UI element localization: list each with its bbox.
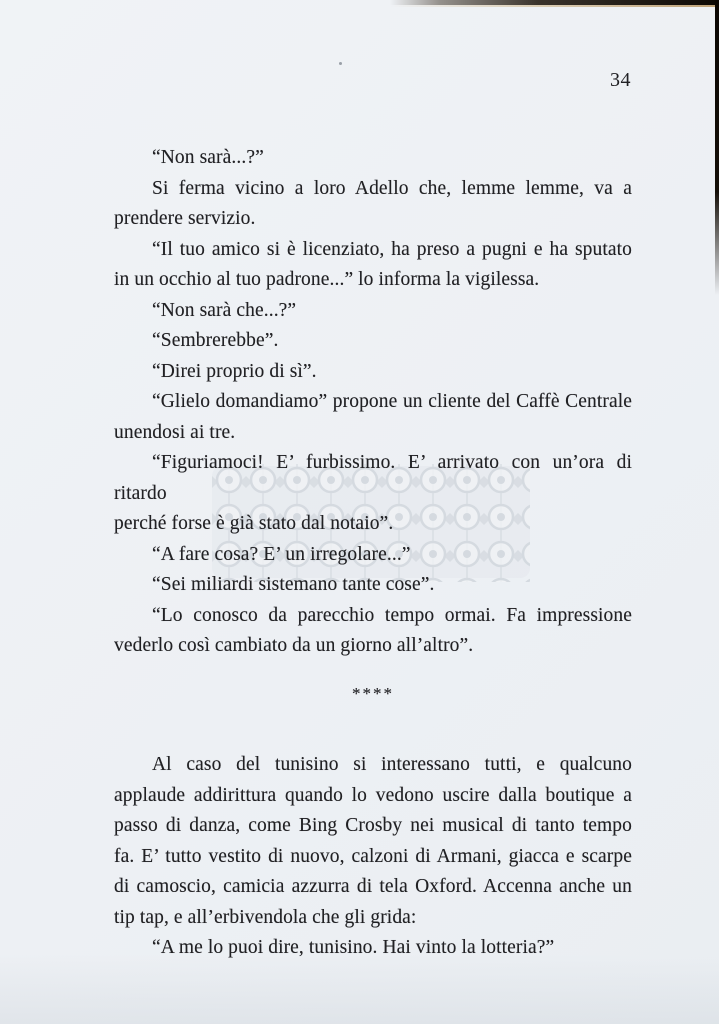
section-separator: **** <box>114 679 632 710</box>
text-line: “Sei miliardi sistemano tante cose”. <box>114 570 632 601</box>
text-line: “Il tuo amico si è licenziato, ha preso … <box>114 235 632 266</box>
text-line: tip tap, e all’erbivendola che gli grida… <box>114 903 632 934</box>
text-line: “Figuriamoci! E’ furbissimo. E’ arrivato… <box>114 448 632 509</box>
text-line: “Non sarà che...?” <box>114 296 632 327</box>
text-line: Si ferma vicino a loro Adello che, lemme… <box>114 174 632 205</box>
paragraph: “Non sarà...?” <box>114 143 632 174</box>
paragraph: “Lo conosco da parecchio tempo ormai. Fa… <box>114 601 632 662</box>
paragraph: Si ferma vicino a loro Adello che, lemme… <box>114 174 632 235</box>
text-line: “Non sarà...?” <box>114 143 632 174</box>
text-line: prendere servizio. <box>114 204 632 235</box>
text-line: Al caso del tunisino si interessano tutt… <box>114 750 632 781</box>
text-line: “Glielo domandiamo” propone un cliente d… <box>114 387 632 418</box>
scanned-page: 34 “Non sarà...?”Si ferma vicino a loro … <box>0 0 719 1024</box>
text-line: vederlo così cambiato da un giorno all’a… <box>114 631 632 662</box>
text-line: “A me lo puoi dire, tunisino. Hai vinto … <box>114 933 632 964</box>
paragraph: “Non sarà che...?” <box>114 296 632 327</box>
text-line: fa. E’ tutto vestito di nuovo, calzoni d… <box>114 842 632 873</box>
text-line: di camoscio, camicia azzurra di tela Oxf… <box>114 872 632 903</box>
scan-speck <box>339 62 342 65</box>
text-line: “A fare cosa? E’ un irregolare...” <box>114 540 632 571</box>
paragraph: “A fare cosa? E’ un irregolare...” <box>114 540 632 571</box>
paragraph: “Figuriamoci! E’ furbissimo. E’ arrivato… <box>114 448 632 540</box>
bottom-shade <box>0 954 719 1024</box>
paragraph: “Glielo domandiamo” propone un cliente d… <box>114 387 632 448</box>
text-line: perché forse è già stato dal notaio”. <box>114 509 632 540</box>
scan-edge-right <box>715 0 719 295</box>
paragraph: Al caso del tunisino si interessano tutt… <box>114 750 632 933</box>
paragraph: “Il tuo amico si è licenziato, ha preso … <box>114 235 632 296</box>
text-line: “Sembrerebbe”. <box>114 326 632 357</box>
paragraph: “A me lo puoi dire, tunisino. Hai vinto … <box>114 933 632 964</box>
scan-edge-top <box>390 0 719 5</box>
page-number: 34 <box>610 69 631 92</box>
text-line: passo di danza, come Bing Crosby nei mus… <box>114 811 632 842</box>
text-line: applaude addirittura quando lo vedono us… <box>114 781 632 812</box>
paragraph: “Direi proprio di sì”. <box>114 357 632 388</box>
text-line: “Lo conosco da parecchio tempo ormai. Fa… <box>114 601 632 632</box>
text-line: in un occhio al tuo padrone...” lo infor… <box>114 265 632 296</box>
text-block: “Non sarà...?”Si ferma vicino a loro Ade… <box>114 143 632 964</box>
paragraph: “Sei miliardi sistemano tante cose”. <box>114 570 632 601</box>
paragraph: “Sembrerebbe”. <box>114 326 632 357</box>
text-line: “Direi proprio di sì”. <box>114 357 632 388</box>
text-line: unendosi ai tre. <box>114 418 632 449</box>
